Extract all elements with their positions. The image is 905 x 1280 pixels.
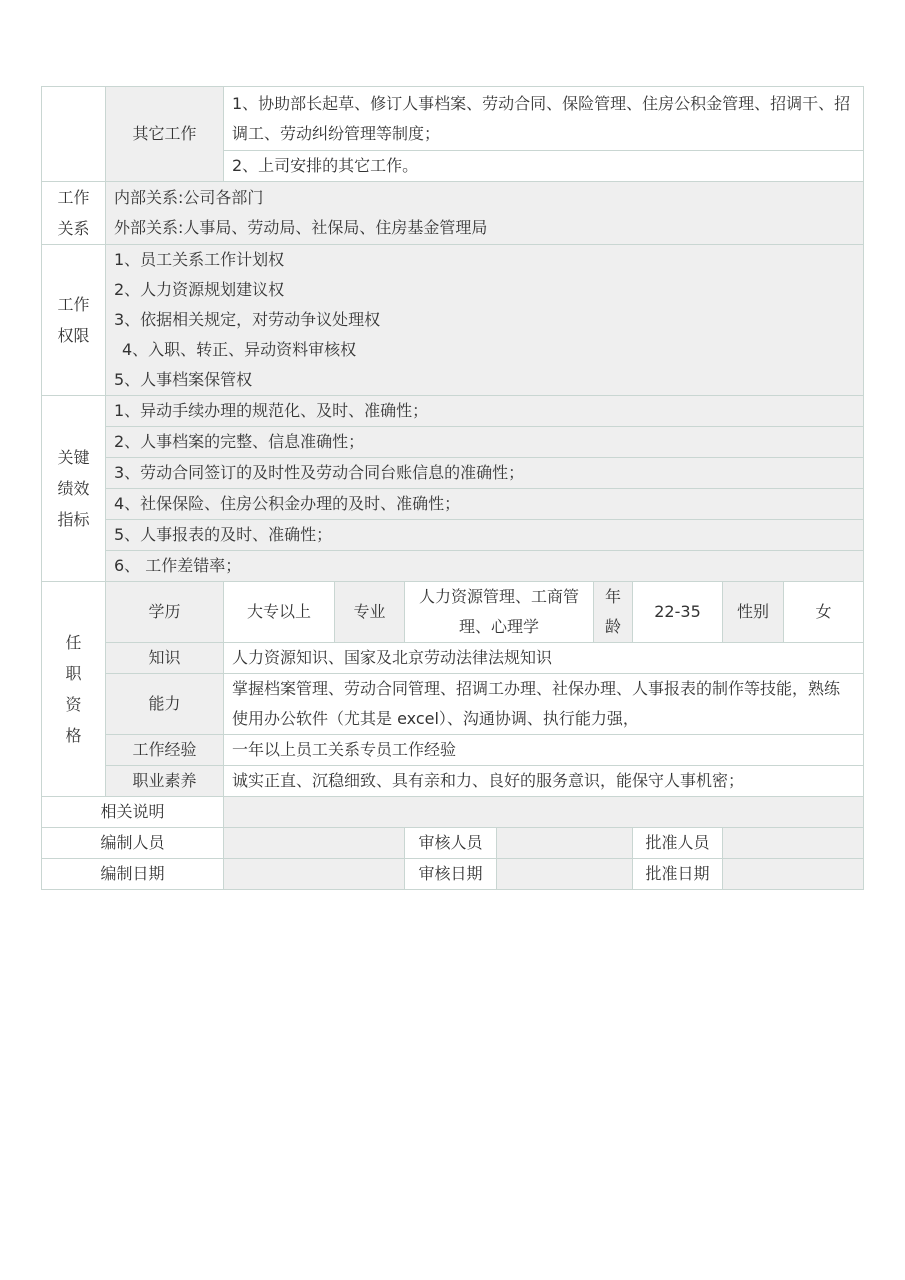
experience-label: 工作经验 <box>106 735 224 766</box>
kpi-row-4: 4、社保保险、住房公积金办理的及时、准确性； <box>42 489 864 520</box>
major-value: 人力资源管理、工商管理、心理学 <box>405 582 594 643</box>
work-relations-label: 工作 关系 <box>42 182 106 245</box>
ability-label: 能力 <box>106 674 224 735</box>
label-line: 工作 <box>44 289 103 320</box>
approved-by-label: 批准人员 <box>633 828 723 859</box>
label-line: 权限 <box>44 320 103 351</box>
empty-section-label <box>42 87 106 182</box>
age-value: 22-35 <box>633 582 723 643</box>
label-line: 工作 <box>44 182 103 213</box>
other-work-item-1: 1、协助部长起草、修订人事档案、劳动合同、保险管理、住房公积金管理、招调干、招调… <box>224 87 864 151</box>
kpi-row-2: 2、人事档案的完整、信息准确性； <box>42 427 864 458</box>
major-label: 专业 <box>335 582 405 643</box>
age-label: 年 龄 <box>594 582 633 643</box>
notes-label: 相关说明 <box>42 797 224 828</box>
qualifications-row-knowledge: 知识 人力资源知识、国家及北京劳动法律法规知识 <box>42 643 864 674</box>
authority-item-1: 1、员工关系工作计划权 <box>114 245 855 275</box>
work-relations-content: 内部关系:公司各部门 外部关系:人事局、劳动局、社保局、住房基金管理局 <box>106 182 864 245</box>
label-line: 指标 <box>44 504 103 535</box>
approved-by-value[interactable] <box>723 828 864 859</box>
other-work-row-1: 其它工作 1、协助部长起草、修订人事档案、劳动合同、保险管理、住房公积金管理、招… <box>42 87 864 151</box>
work-authority-content: 1、员工关系工作计划权 2、人力资源规划建议权 3、依据相关规定，对劳动争议处理… <box>106 245 864 396</box>
authority-item-5: 5、人事档案保管权 <box>114 365 855 395</box>
approved-date-label: 批准日期 <box>633 859 723 890</box>
experience-value: 一年以上员工关系专员工作经验 <box>224 735 864 766</box>
qualifications-label: 任 职 资 格 <box>42 582 106 797</box>
internal-relations: 内部关系:公司各部门 <box>114 183 855 213</box>
reviewed-date-value[interactable] <box>497 859 633 890</box>
qualifications-row-ability: 能力 掌握档案管理、劳动合同管理、招调工办理、社保办理、人事报表的制作等技能，熟… <box>42 674 864 735</box>
label-line: 任 <box>44 627 103 658</box>
knowledge-label: 知识 <box>106 643 224 674</box>
prepared-date-value[interactable] <box>224 859 405 890</box>
label-line: 绩效 <box>44 473 103 504</box>
professionalism-value: 诚实正直、沉稳细致、具有亲和力、良好的服务意识，能保守人事机密； <box>224 766 864 797</box>
kpi-row-3: 3、劳动合同签订的及时性及劳动合同台账信息的准确性； <box>42 458 864 489</box>
notes-value[interactable] <box>224 797 864 828</box>
qualifications-row-experience: 工作经验 一年以上员工关系专员工作经验 <box>42 735 864 766</box>
qualifications-row-basic: 任 职 资 格 学历 大专以上 专业 人力资源管理、工商管理、心理学 年 龄 2… <box>42 582 864 643</box>
job-description-table: 其它工作 1、协助部长起草、修订人事档案、劳动合同、保险管理、住房公积金管理、招… <box>41 86 864 890</box>
other-work-item-2: 2、上司安排的其它工作。 <box>224 151 864 182</box>
education-label: 学历 <box>106 582 224 643</box>
external-relations: 外部关系:人事局、劳动局、社保局、住房基金管理局 <box>114 213 855 243</box>
reviewed-by-value[interactable] <box>497 828 633 859</box>
gender-value: 女 <box>784 582 864 643</box>
education-value: 大专以上 <box>224 582 335 643</box>
qualifications-row-professionalism: 职业素养 诚实正直、沉稳细致、具有亲和力、良好的服务意识，能保守人事机密； <box>42 766 864 797</box>
gender-label: 性别 <box>723 582 784 643</box>
professionalism-label: 职业素养 <box>106 766 224 797</box>
prepared-by-label: 编制人员 <box>42 828 224 859</box>
prepared-date-label: 编制日期 <box>42 859 224 890</box>
kpi-item-2: 2、人事档案的完整、信息准确性； <box>106 427 864 458</box>
kpi-label: 关键 绩效 指标 <box>42 396 106 582</box>
kpi-item-4: 4、社保保险、住房公积金办理的及时、准确性； <box>106 489 864 520</box>
reviewed-by-label: 审核人员 <box>405 828 497 859</box>
label-line: 年 <box>594 582 632 612</box>
label-line: 职 <box>44 658 103 689</box>
kpi-item-3: 3、劳动合同签订的及时性及劳动合同台账信息的准确性； <box>106 458 864 489</box>
label-line: 资 <box>44 689 103 720</box>
kpi-row-6: 6、 工作差错率； <box>42 551 864 582</box>
label-line: 关键 <box>44 442 103 473</box>
ability-value: 掌握档案管理、劳动合同管理、招调工办理、社保办理、人事报表的制作等技能，熟练使用… <box>224 674 864 735</box>
prepared-by-value[interactable] <box>224 828 405 859</box>
work-authority-label: 工作 权限 <box>42 245 106 396</box>
knowledge-value: 人力资源知识、国家及北京劳动法律法规知识 <box>224 643 864 674</box>
reviewed-date-label: 审核日期 <box>405 859 497 890</box>
authority-item-3: 3、依据相关规定，对劳动争议处理权 <box>114 305 855 335</box>
approved-date-value[interactable] <box>723 859 864 890</box>
work-authority-row: 工作 权限 1、员工关系工作计划权 2、人力资源规划建议权 3、依据相关规定，对… <box>42 245 864 396</box>
label-line: 关系 <box>44 213 103 244</box>
kpi-row-5: 5、人事报表的及时、准确性； <box>42 520 864 551</box>
kpi-item-1: 1、异动手续办理的规范化、及时、准确性； <box>106 396 864 427</box>
label-line: 龄 <box>594 612 632 642</box>
work-relations-row: 工作 关系 内部关系:公司各部门 外部关系:人事局、劳动局、社保局、住房基金管理… <box>42 182 864 245</box>
signoff-people-row: 编制人员 审核人员 批准人员 <box>42 828 864 859</box>
kpi-item-5: 5、人事报表的及时、准确性； <box>106 520 864 551</box>
authority-item-2: 2、人力资源规划建议权 <box>114 275 855 305</box>
authority-item-4: 4、入职、转正、异动资料审核权 <box>114 335 855 365</box>
kpi-row-1: 关键 绩效 指标 1、异动手续办理的规范化、及时、准确性； <box>42 396 864 427</box>
kpi-item-6: 6、 工作差错率； <box>106 551 864 582</box>
notes-row: 相关说明 <box>42 797 864 828</box>
other-work-label: 其它工作 <box>106 87 224 182</box>
signoff-dates-row: 编制日期 审核日期 批准日期 <box>42 859 864 890</box>
job-description-page: 其它工作 1、协助部长起草、修订人事档案、劳动合同、保险管理、住房公积金管理、招… <box>41 86 863 890</box>
label-line: 格 <box>44 720 103 751</box>
